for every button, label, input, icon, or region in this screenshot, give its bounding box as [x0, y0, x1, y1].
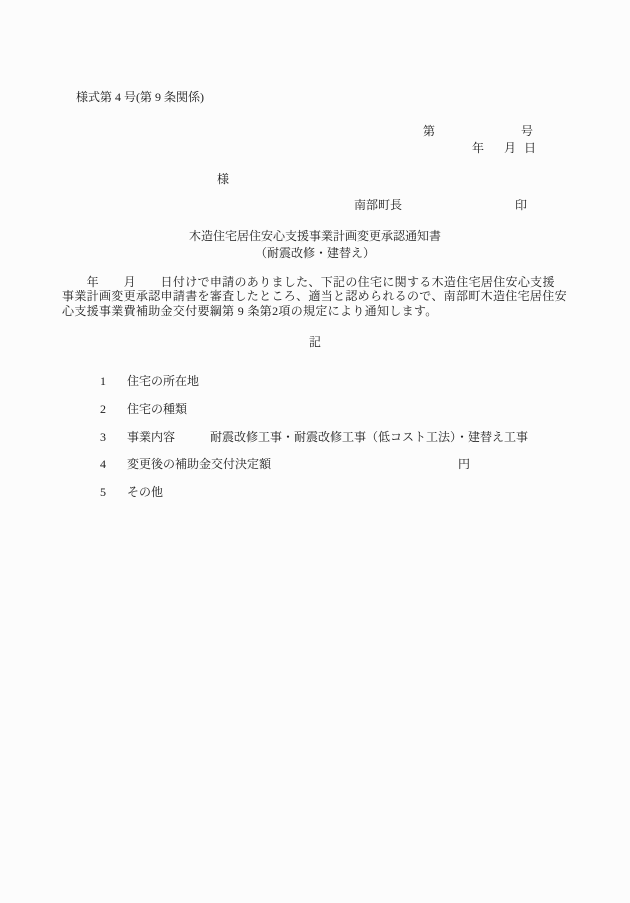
seal-mark: 印 [515, 198, 527, 213]
document-number-line: 第 号 [0, 124, 630, 139]
list-item-residence-type: 2 住宅の種類 [0, 402, 630, 417]
sender-title: 南部町長 [354, 198, 402, 213]
addressee-honorific: 様 [217, 172, 229, 187]
list-item-grant-decision-amount: 4 変更後の補助金交付決定額 円 [0, 457, 630, 472]
document-number-prefix: 第 [423, 124, 435, 139]
date-month-label: 月 [504, 141, 516, 156]
form-number-label: 様式第 4 号(第 9 条関係) [76, 90, 204, 105]
item-number: 3 [100, 430, 106, 445]
document-subtitle: （耐震改修・建替え） [0, 246, 630, 261]
item-number: 4 [100, 457, 106, 472]
item-value: 円 [458, 457, 470, 472]
item-number: 2 [100, 402, 106, 417]
item-value: 耐震改修工事・耐震改修工事（低コスト工法）・建替え工事 [210, 430, 528, 445]
item-label: 住宅の種類 [127, 402, 187, 417]
record-heading: 記 [0, 335, 630, 350]
notification-document-page: 様式第 4 号(第 9 条関係) 第 号 年 月 日 様 南部町長 印 木造住宅… [0, 0, 630, 903]
item-label: 住宅の所在地 [127, 374, 199, 389]
sender-line: 南部町長 印 [0, 198, 630, 213]
document-title: 木造住宅居住安心支援事業計画変更承認通知書 [0, 229, 630, 244]
document-number-suffix: 号 [521, 124, 533, 139]
body-paragraph: 年 月 日付けで申請のありました、下記の住宅に関する木造住宅居住安心支援 事業計… [62, 275, 570, 318]
item-label: その他 [127, 485, 163, 500]
list-item-project-content: 3 事業内容 耐震改修工事・耐震改修工事（低コスト工法）・建替え工事 [0, 430, 630, 445]
body-line: 心支援事業費補助金交付要綱第 9 条第2項の規定により通知します。 [62, 304, 570, 318]
body-line: 年 月 日付けで申請のありました、下記の住宅に関する木造住宅居住安心支援 [62, 275, 570, 289]
item-number: 5 [100, 485, 106, 500]
date-year-label: 年 [472, 141, 484, 156]
body-line: 事業計画変更承認申請書を審査したところ、適当と認められるので、南部町木造住宅居住… [62, 289, 570, 303]
list-item-residence-location: 1 住宅の所在地 [0, 374, 630, 389]
issue-date-line: 年 月 日 [0, 141, 630, 156]
list-item-other: 5 その他 [0, 485, 630, 500]
item-number: 1 [100, 374, 106, 389]
item-label: 変更後の補助金交付決定額 [127, 457, 271, 472]
item-label: 事業内容 [127, 430, 175, 445]
date-day-label: 日 [524, 141, 536, 156]
